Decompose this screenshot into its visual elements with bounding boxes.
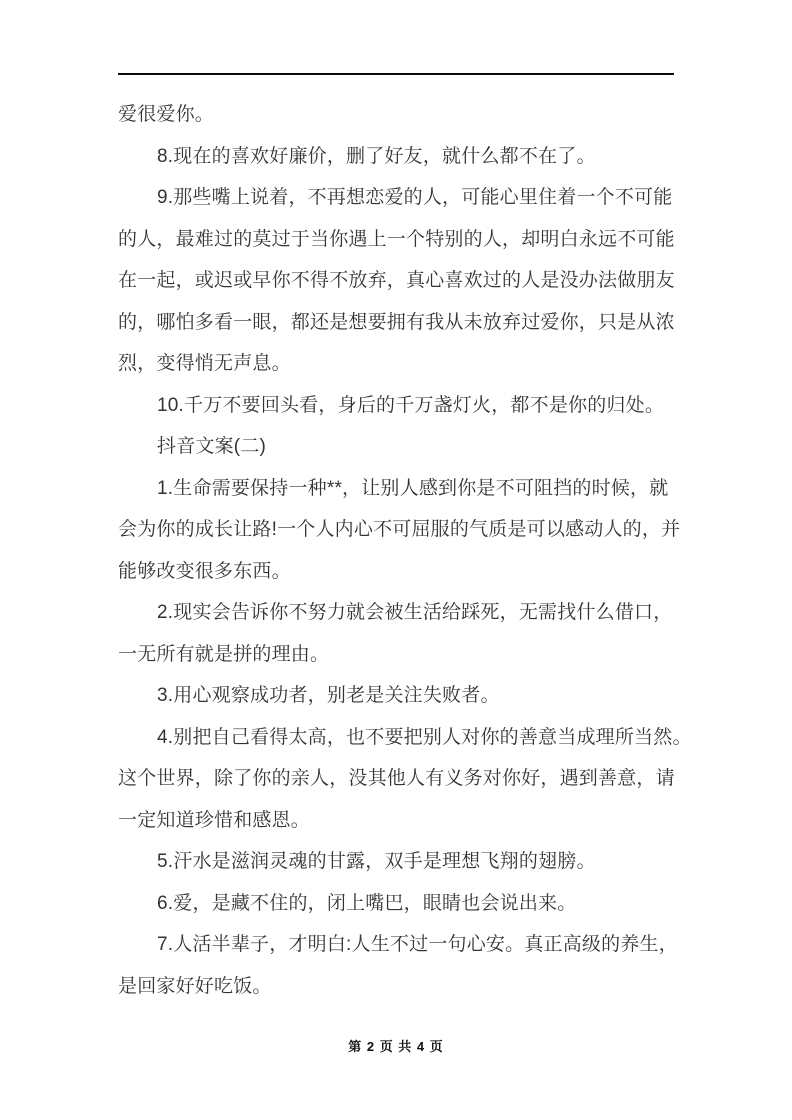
text-line: 能够改变很多东西。 — [118, 551, 678, 593]
text-line: 会为你的成长让路!一个人内心不可屈服的气质是可以感动人的，并 — [118, 509, 678, 551]
text-line: 2.现实会告诉你不努力就会被生活给踩死，无需找什么借口， — [118, 592, 678, 634]
text-line: 8.现在的喜欢好廉价，删了好友，就什么都不在了。 — [118, 136, 678, 178]
text-line: 在一起，或迟或早你不得不放弃，真心喜欢过的人是没办法做朋友 — [118, 260, 678, 302]
text-line: 的，哪怕多看一眼，都还是想要拥有我从未放弃过爱你，只是从浓 — [118, 302, 678, 344]
text-line: 4.别把自己看得太高，也不要把别人对你的善意当成理所当然。 — [118, 717, 678, 759]
text-line: 3.用心观察成功者，别老是关注失败者。 — [118, 675, 678, 717]
text-line: 9.那些嘴上说着，不再想恋爱的人，可能心里住着一个不可能 — [118, 177, 678, 219]
text-line: 抖音文案(二) — [118, 426, 678, 468]
header-divider-line — [118, 73, 674, 75]
text-line: 1.生命需要保持一种**，让别人感到你是不可阻挡的时候，就 — [118, 468, 678, 510]
text-line: 的人，最难过的莫过于当你遇上一个特别的人，却明白永远不可能 — [118, 219, 678, 261]
text-line: 6.爱，是藏不住的，闭上嘴巴，眼睛也会说出来。 — [118, 883, 678, 925]
text-line: 一无所有就是拼的理由。 — [118, 634, 678, 676]
document-body: 爱很爱你。8.现在的喜欢好廉价，删了好友，就什么都不在了。9.那些嘴上说着，不再… — [118, 94, 678, 1007]
text-line: 烈，变得悄无声息。 — [118, 343, 678, 385]
text-line: 10.千万不要回头看，身后的千万盏灯火，都不是你的归处。 — [118, 385, 678, 427]
text-line: 一定知道珍惜和感恩。 — [118, 800, 678, 842]
document-page: 爱很爱你。8.现在的喜欢好廉价，删了好友，就什么都不在了。9.那些嘴上说着，不再… — [0, 0, 792, 1120]
text-line: 5.汗水是滋润灵魂的甘露，双手是理想飞翔的翅膀。 — [118, 841, 678, 883]
page-number-footer: 第 2 页 共 4 页 — [0, 1036, 792, 1055]
text-line: 是回家好好吃饭。 — [118, 966, 678, 1008]
text-line: 这个世界，除了你的亲人，没其他人有义务对你好，遇到善意，请 — [118, 758, 678, 800]
text-line: 爱很爱你。 — [118, 94, 678, 136]
text-line: 7.人活半辈子，才明白:人生不过一句心安。真正高级的养生， — [118, 924, 678, 966]
